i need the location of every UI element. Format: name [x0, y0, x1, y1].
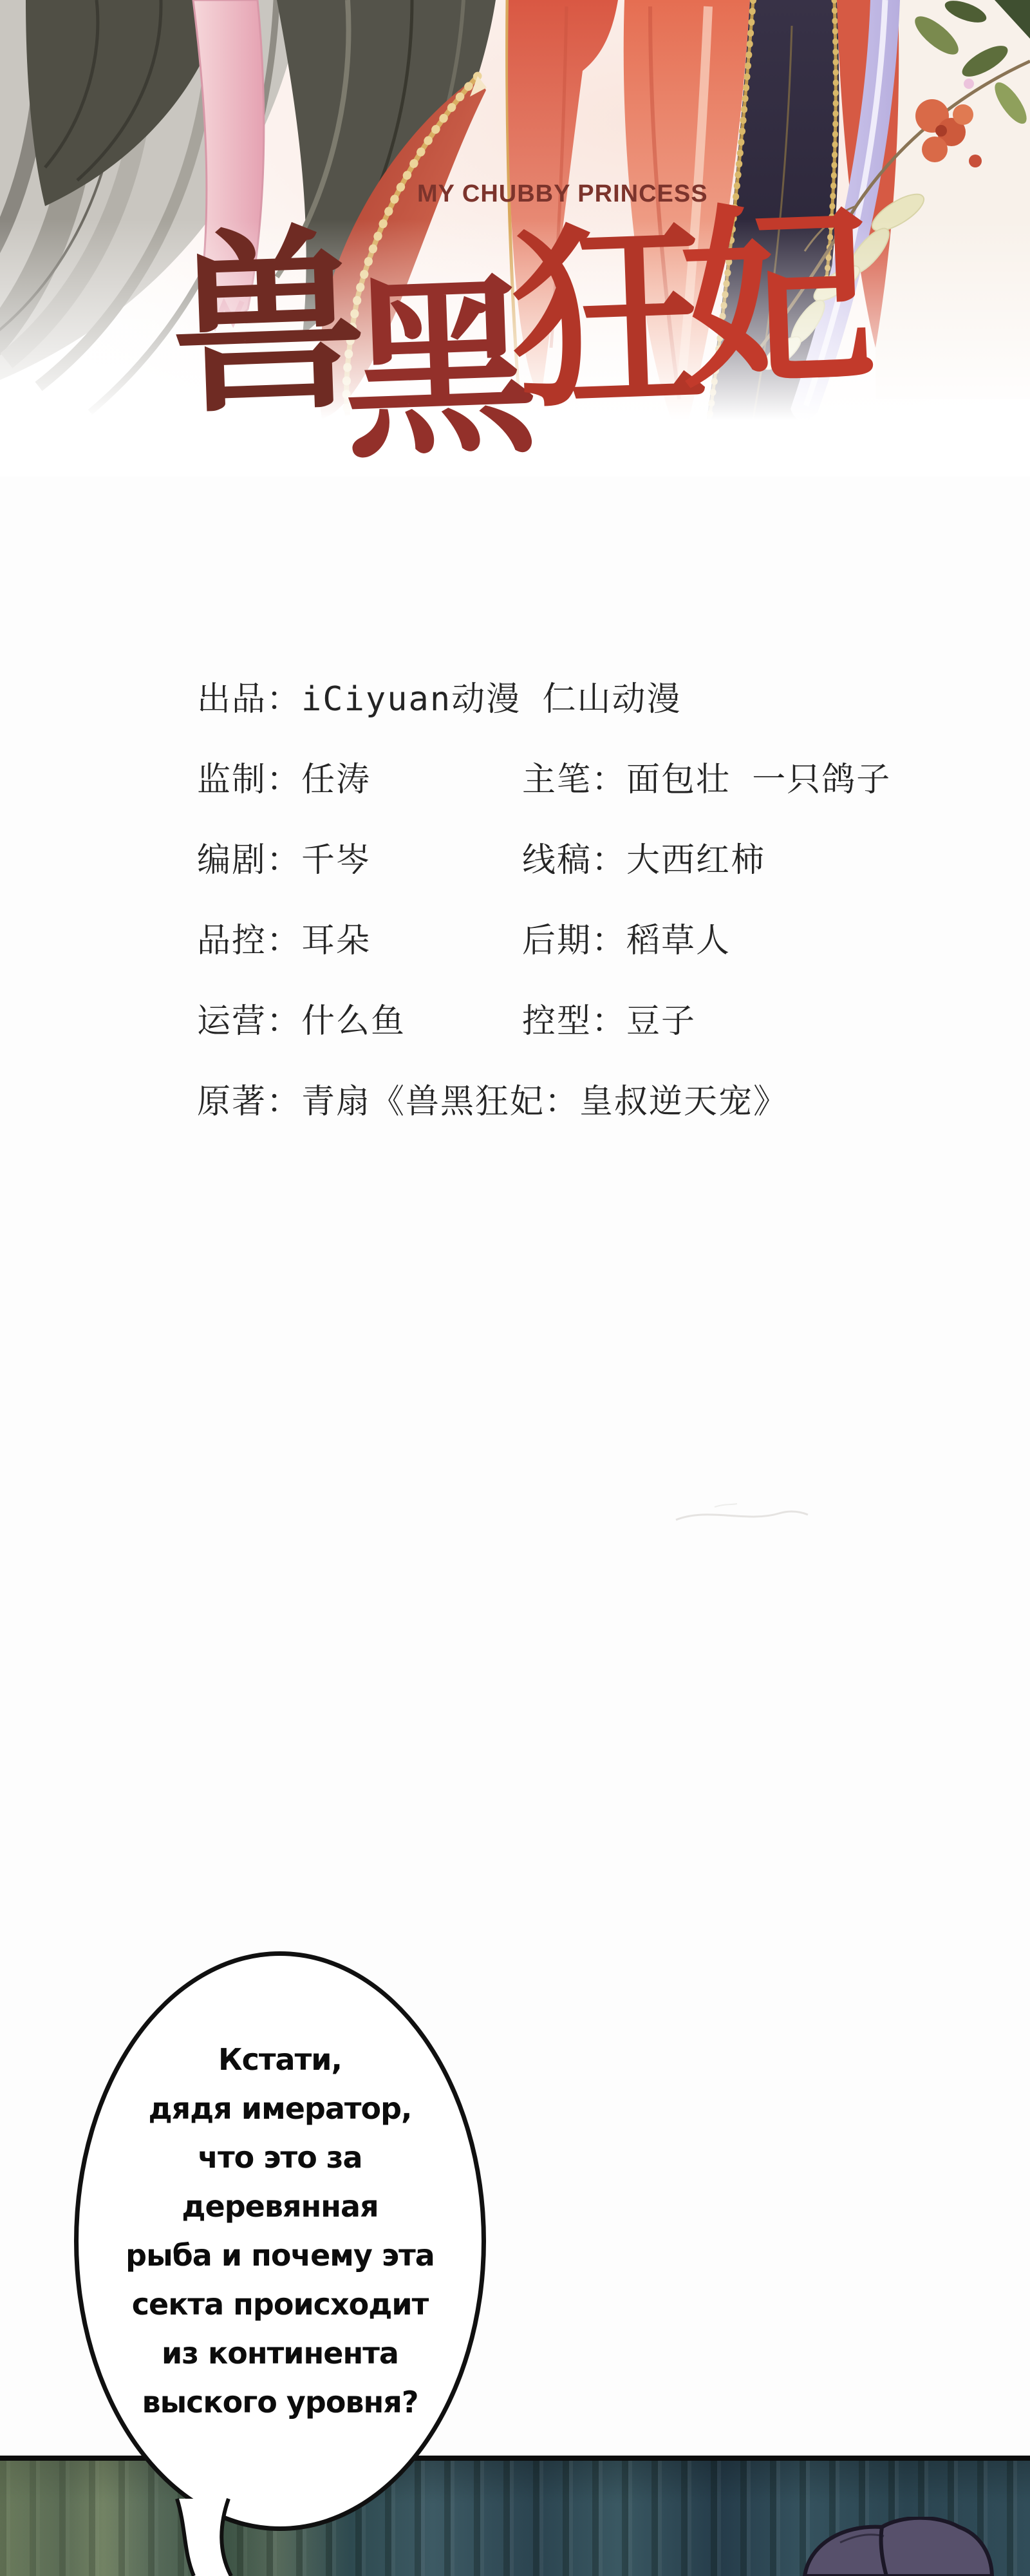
- series-title-calligraphy: 兽黑狂妃: [168, 193, 898, 488]
- credit-original-work: 原著：青扇《兽黑狂妃：皇叔逆天宠》: [197, 1074, 788, 1122]
- bubble-line: деревянная: [93, 2182, 467, 2231]
- credits-section: 出品：iCiyuan动漫 仁山动漫 监制：任涛 主笔：面包壮 一只鸽子 编剧：千…: [0, 672, 1030, 1122]
- credit-quality-control: 品控：耳朵: [197, 913, 371, 961]
- faint-sketch-mark: [669, 1491, 818, 1539]
- credit-screenwriter: 编剧：千岑: [197, 833, 371, 881]
- title-char: 兽: [169, 224, 345, 423]
- bubble-line: секта происходит: [93, 2280, 467, 2329]
- speech-bubble: Кстати, дядя имератор, что это за деревя…: [74, 1951, 486, 2531]
- credit-lineart: 线稿：大西红柿: [522, 833, 765, 881]
- comic-page: MY CHUBBY PRINCESS 兽黑狂妃 出品：iCiyuan动漫 仁山动…: [0, 0, 1030, 2576]
- bubble-line: что это за: [93, 2133, 467, 2182]
- credit-lead-artist: 主笔：面包壮 一只鸽子: [522, 752, 891, 800]
- bubble-line: из континента: [93, 2329, 467, 2378]
- speech-bubble-tail: [158, 2496, 245, 2576]
- credit-styling: 控型：豆子: [522, 994, 696, 1042]
- bubble-line: Кстати,: [93, 2035, 467, 2084]
- bubble-line: выского уровня?: [93, 2378, 467, 2427]
- character-hair-buns: [801, 2517, 995, 2576]
- speech-bubble-text: Кстати, дядя имератор, что это за деревя…: [93, 2035, 467, 2427]
- title-char: 狂: [509, 219, 685, 418]
- credit-supervisor: 监制：任涛: [197, 752, 371, 800]
- title-char: 妃: [678, 200, 854, 399]
- title-char: 黑: [340, 270, 516, 469]
- credit-operations: 运营：什么鱼: [197, 994, 406, 1042]
- credit-post-production: 后期：稻草人: [522, 913, 731, 961]
- bubble-line: рыба и почему эта: [93, 2231, 467, 2280]
- credit-producer: 出品：iCiyuan动漫 仁山动漫: [197, 672, 681, 720]
- bubble-line: дядя имератор,: [93, 2084, 467, 2133]
